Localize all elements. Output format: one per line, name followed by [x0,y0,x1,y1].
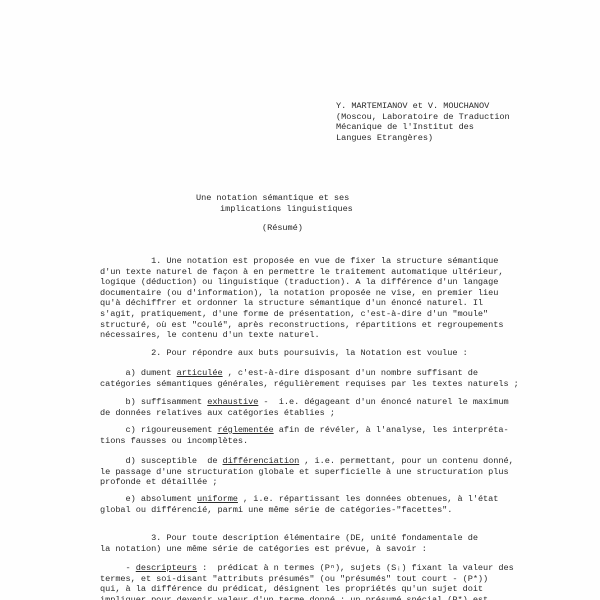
key-term: différenciation [223,456,300,466]
key-term: descripteurs [136,563,197,573]
list-item-c: c) rigoureusement réglementée afin de ré… [100,425,509,446]
affiliation-line: Mécanique de l'Institut des [336,122,474,132]
list-item-d: d) susceptible de différenciation , i.e.… [100,456,514,488]
key-term: articulée [177,368,223,378]
section-1: 1. Une notation est proposée en vue de f… [100,256,503,341]
list-item-a: a) dument articulée , c'est-à-dire dispo… [100,368,519,389]
author-block: Y. MARTEMIANOV et V. MOUCHANOV (Moscou, … [336,101,510,143]
document-subtitle: (Résumé) [262,223,303,234]
descriptors-item: - descripteurs : prédicat à n termes (Pⁿ… [100,563,514,600]
list-item-e: e) absolument uniforme , i.e. répartissa… [100,494,498,515]
document-title: Une notation sémantique et ses [196,193,349,204]
document-page: Y. MARTEMIANOV et V. MOUCHANOV (Moscou, … [0,0,600,600]
affiliation-line: Langues Etrangères) [336,133,433,143]
key-term: uniforme [197,494,238,504]
authors: Y. MARTEMIANOV et V. MOUCHANOV [336,101,489,111]
key-term: exhaustive [207,397,258,407]
document-title-line2: implications linguistiques [220,204,353,215]
section-3: 3. Pour toute description élémentaire (D… [100,533,478,554]
key-term: réglementée [217,425,273,435]
list-item-b: b) suffisamment exhaustive - i.e. dégage… [100,397,509,418]
section-2-intro: 2. Pour répondre aux buts poursuivis, la… [100,348,468,359]
affiliation-line: (Moscou, Laboratoire de Traduction [336,112,510,122]
